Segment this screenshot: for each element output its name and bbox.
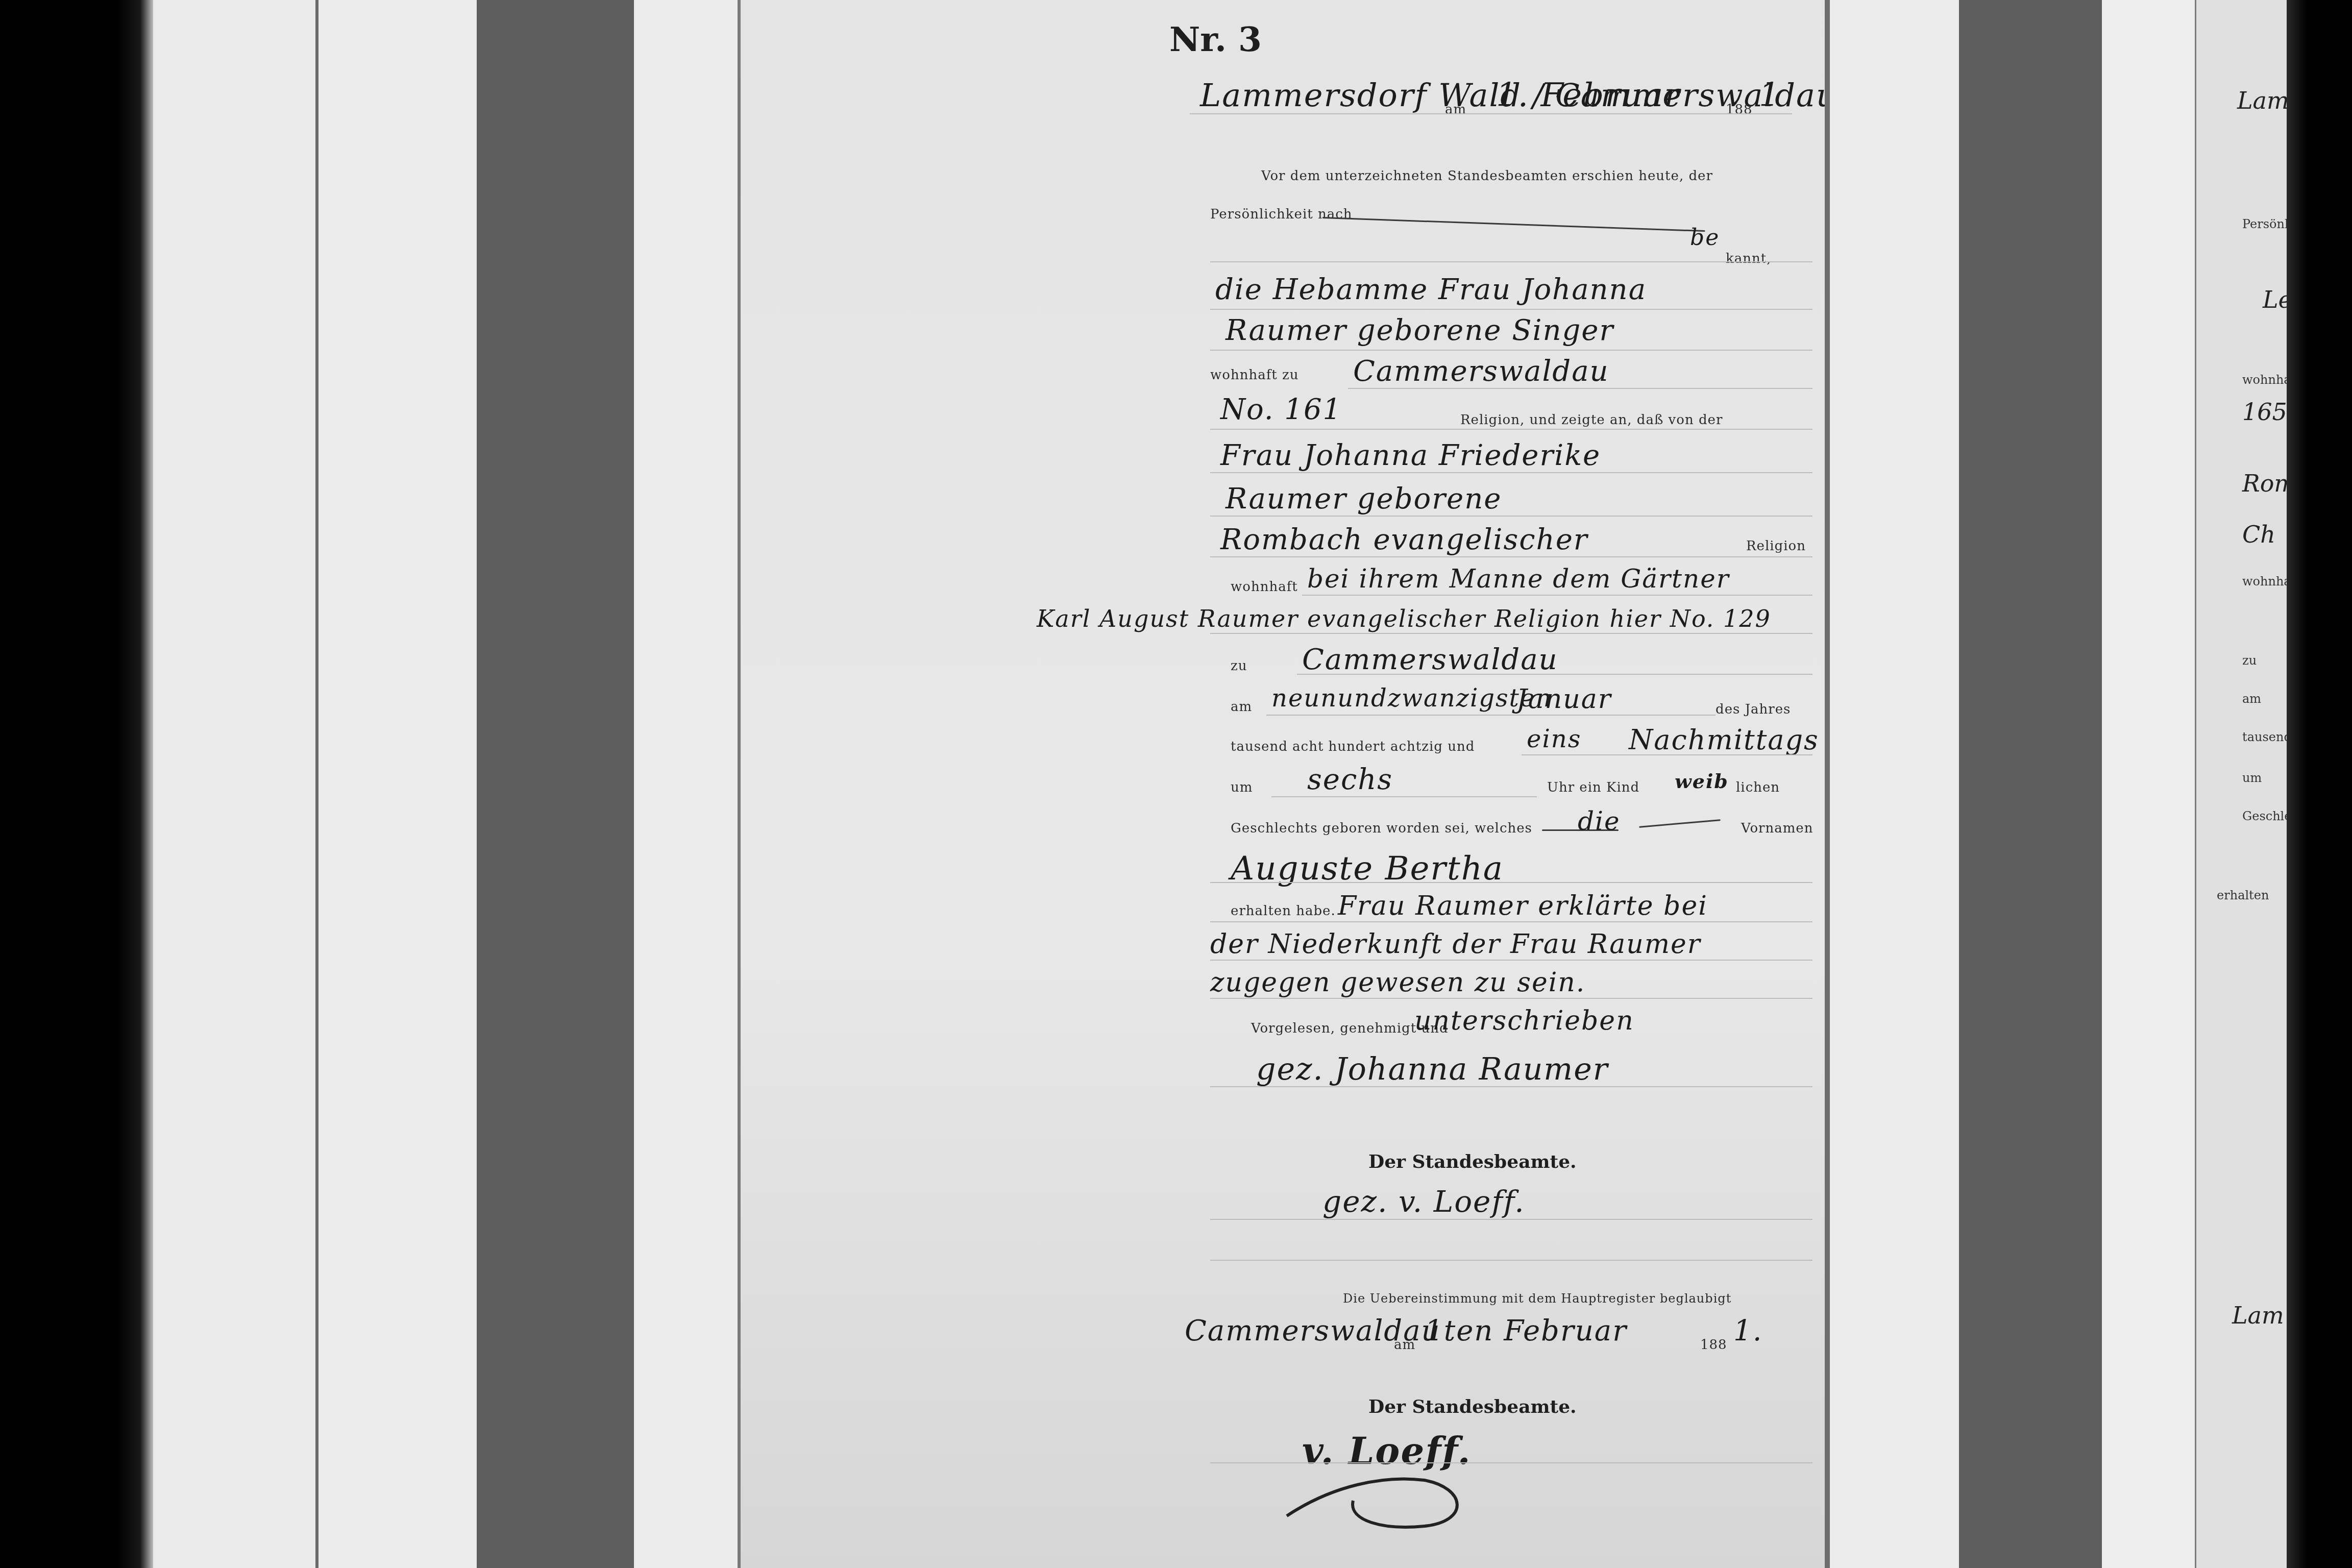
approval-hand: unterschrieben [1414,1006,1634,1036]
die-hand: die [1578,806,1621,836]
intro-printed-text: Vor dem unterzeichneten Standesbeamten e… [1261,168,1713,184]
entry-number: Nr. 3 [1169,19,1262,59]
certification-printed-text: Die Uebereinstimmung mit dem Hauptregist… [1343,1291,1731,1306]
birth-place: Cammerswaldau [1302,643,1558,676]
film-edge-right [2287,0,2352,1568]
page-edge-line [1825,0,1830,1568]
year-prefix: 188 [1726,102,1753,117]
ruled-line [1210,633,1812,634]
partial-place-hand: Lam [2232,1302,2284,1329]
mother-line-3: Rombach evangelischer [1220,523,1588,556]
ruled-line [1190,113,1792,114]
registration-month: Februar [1540,77,1680,114]
vornamen-label: Vornamen [1741,821,1814,836]
mother-residence-label: wohnhaft [1231,579,1298,595]
ruled-line [1210,556,1812,557]
uhr-label: Uhr ein Kind [1547,780,1639,795]
ruled-line [1210,882,1812,883]
geschlechts-printed-text: Geschlechts geboren worden sei, welches [1231,821,1532,836]
gray-divider-band [477,0,634,1568]
page-stack-strip [153,0,319,1568]
certification-month: Februar [1504,1314,1627,1347]
ruled-line [1210,921,1812,922]
time-of-day: Nachmittags [1629,724,1819,756]
ruled-line [1522,754,1812,755]
register-page: Nr. 3 Lammersdorf Wald / Cammerswaldau a… [741,0,1827,1568]
film-edge-left [0,0,153,1568]
religion-printed-text: Religion, und zeigte an, daß von der [1460,412,1723,428]
mother-residence-line-2: Karl August Raumer evangelischer Religio… [1037,605,1771,632]
birth-day: neunundzwanzigsten [1271,684,1552,713]
birth-hour: sechs [1307,763,1393,796]
ruled-line [1348,388,1812,389]
page-stack-strip [1830,0,1960,1568]
partial-hand-text: Ch [2242,521,2275,548]
mother-residence-line-1: bei ihrem Manne dem Gärtner [1307,564,1730,594]
registration-date: 1. Februar [1496,77,1681,114]
identity-printed-text: Persönlichkeit nach [1210,207,1353,222]
partial-printed-text: zu [2242,653,2257,668]
ruled-line [1210,516,1812,517]
ruled-line [1210,1219,1812,1220]
certification-date: 1ten Februar [1425,1314,1627,1347]
partial-hand-text: 165 [2242,398,2287,426]
ruled-line [1210,429,1812,430]
kannt-printed-text: kannt, [1726,251,1771,266]
official-signature: gez. v. Loeff. [1322,1184,1525,1219]
religion-label: Religion [1746,538,1806,554]
informant-signature: gez. Johanna Raumer [1256,1051,1608,1087]
official-title: Der Standesbeamte. [1368,1396,1577,1417]
ruled-line [1210,261,1812,262]
remark-line-3: zugegen gewesen zu sein. [1210,967,1585,998]
ruled-line [1302,595,1812,596]
ruled-line [1210,309,1812,310]
ruled-line [1271,796,1537,797]
informant-line-1: die Hebamme Frau Johanna [1215,273,1647,306]
year-hand: eins [1527,725,1581,753]
official-title: Der Standesbeamte. [1368,1151,1577,1172]
house-number: No. 161 [1220,393,1342,426]
am-label: am [1394,1337,1415,1353]
partial-printed-text: tausend [2242,730,2292,744]
child-sex: weib [1675,770,1729,793]
partial-printed-text: um [2242,771,2262,785]
page-stack-strip [2102,0,2199,1568]
year-suffix: 1 [1759,77,1781,114]
partial-place-hand: Lam [2237,87,2289,114]
entry-number-label: Nr. [1169,19,1227,59]
page-stack-strip [318,0,477,1568]
identity-prefix-hand: be [1690,225,1720,251]
registration-day: 1. [1496,77,1529,114]
ruled-line [1266,715,1716,716]
partial-printed-text: am [2242,692,2261,706]
residence-label: wohnhaft zu [1210,367,1298,383]
am-label: am [1231,699,1252,715]
sex-suffix: lichen [1736,780,1780,795]
year-printed-text: tausend acht hundert achtzig und [1231,739,1475,754]
am-label: am [1445,102,1466,117]
strike-line [1322,217,1705,232]
ruled-line [1210,472,1812,473]
des-jahres-label: des Jahres [1716,702,1791,717]
page-stack-strip [634,0,741,1568]
ruled-line [1210,1086,1812,1087]
residence-value: Cammerswaldau [1353,355,1609,388]
birth-month: Januar [1516,684,1612,715]
entry-number-value: 3 [1238,19,1262,59]
year-prefix: 188 [1700,1337,1727,1353]
year-suffix: 1. [1733,1314,1762,1347]
partial-printed-text: wohnha [2242,373,2291,387]
informant-line-2: Raumer geborene Singer [1226,314,1614,347]
mother-line-2: Raumer geborene [1226,482,1502,516]
ruled-line [1210,960,1812,961]
mother-line-1: Frau Johanna Friederike [1220,439,1601,472]
ruled-line [1210,998,1812,999]
erhalten-label: erhalten habe. [1231,903,1336,919]
certification-day: 1ten [1425,1314,1493,1347]
remark-line-2: der Niederkunft der Frau Raumer [1210,929,1701,960]
dash-line [1639,819,1721,828]
zu-label: zu [1231,658,1247,674]
partial-printed-text: Persönli [2242,217,2292,231]
gray-divider-band [1959,0,2102,1568]
ruled-line [1210,1260,1812,1261]
ruled-line [1210,350,1812,351]
partial-printed-text: erhalten [2217,888,2269,902]
signature-flourish-icon [1271,1465,1476,1536]
ruled-line [1210,1462,1812,1463]
ruled-line [1297,674,1812,675]
remark-line-1: Frau Raumer erklärte bei [1338,891,1708,921]
um-label: um [1231,780,1253,795]
